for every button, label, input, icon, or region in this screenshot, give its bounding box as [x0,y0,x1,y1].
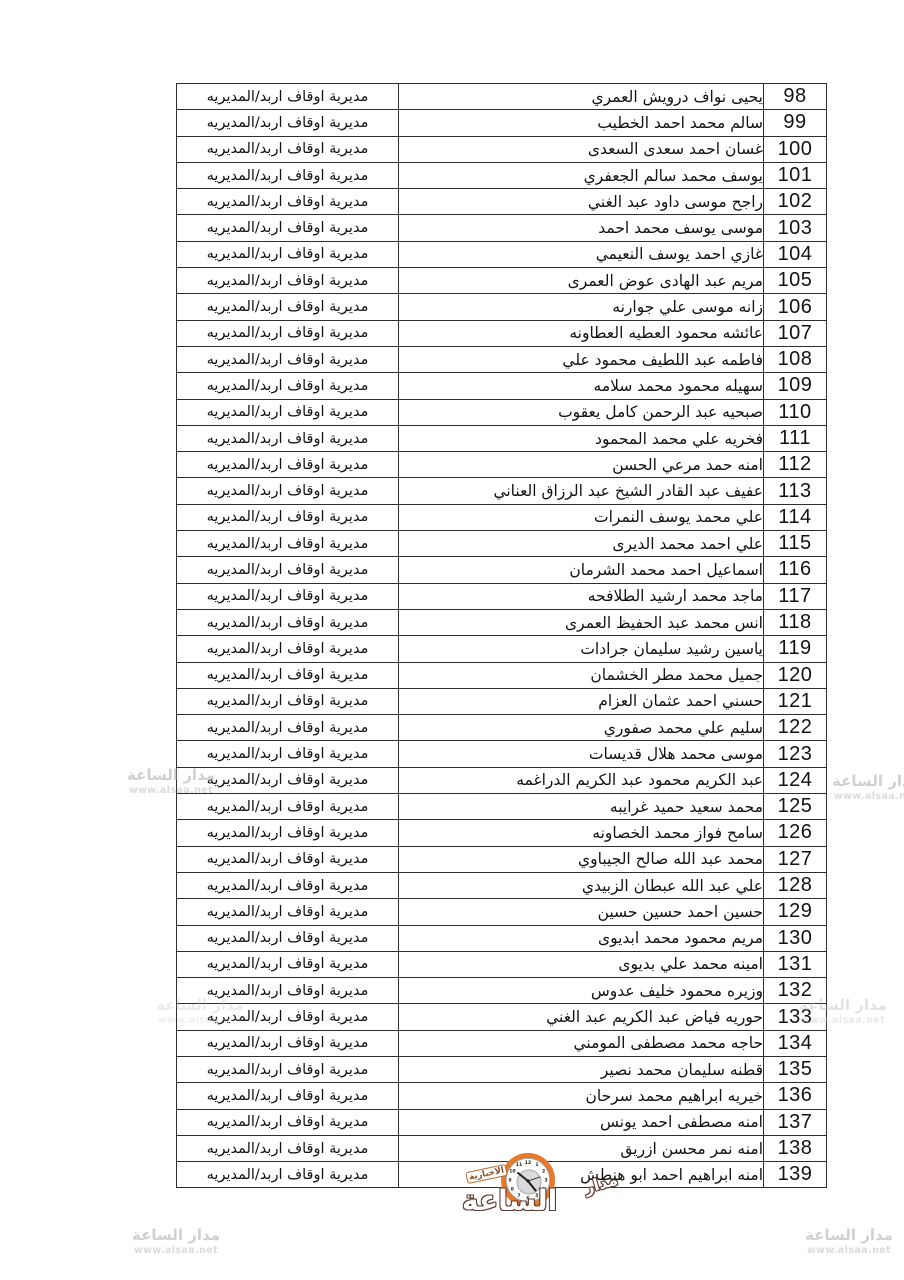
row-number: 110 [764,399,827,425]
row-number: 111 [764,425,827,451]
row-number: 115 [764,531,827,557]
table-row: 102راجح موسى داود عبد الغنيمديرية اوقاف … [177,189,827,215]
table-row: 128علي عبد الله عبطان الزبيديمديرية اوقا… [177,872,827,898]
directorate-cell: مديرية اوقاف اربد/المديريه [177,1004,399,1030]
table-row: 108فاطمه عبد اللطيف محمود عليمديرية اوقا… [177,346,827,372]
directorate-cell: مديرية اوقاف اربد/المديريه [177,872,399,898]
row-number: 98 [764,84,827,110]
directorate-cell: مديرية اوقاف اربد/المديريه [177,767,399,793]
table-row: 100غسان احمد سعدى السعدىمديرية اوقاف ارب… [177,136,827,162]
table-row: 136خيريه ابراهيم محمد سرحانمديرية اوقاف … [177,1083,827,1109]
watermark-site: مدار الساعة www.alsaa.net [122,1226,230,1257]
table-row: 115علي احمد محمد الديرىمديرية اوقاف اربد… [177,531,827,557]
row-number: 108 [764,346,827,372]
directorate-cell: مديرية اوقاف اربد/المديريه [177,1109,399,1135]
person-name: جميل محمد مطر الخشمان [399,662,764,688]
person-name: راجح موسى داود عبد الغني [399,189,764,215]
person-name: محمد عبد الله صالح الجيباوي [399,846,764,872]
directorate-cell: مديرية اوقاف اربد/المديريه [177,452,399,478]
directorate-cell: مديرية اوقاف اربد/المديريه [177,399,399,425]
row-number: 138 [764,1135,827,1161]
table-row: 129حسين احمد حسين حسينمديرية اوقاف اربد/… [177,899,827,925]
table-row: 99سالم محمد احمد الخطيبمديرية اوقاف اربد… [177,110,827,136]
table-row: 119ياسين رشيد سليمان جراداتمديرية اوقاف … [177,636,827,662]
table-row: 138امنه نمر محسن ازريقمديرية اوقاف اربد/… [177,1135,827,1161]
row-number: 121 [764,688,827,714]
person-name: موسى محمد هلال قديسات [399,741,764,767]
directorate-cell: مديرية اوقاف اربد/المديريه [177,557,399,583]
logo-word-alsaa: الساعة [462,1184,557,1217]
directorate-cell: مديرية اوقاف اربد/المديريه [177,1030,399,1056]
directorate-cell: مديرية اوقاف اربد/المديريه [177,609,399,635]
row-number: 118 [764,609,827,635]
table-row: 126سامح فواز محمد الخصاونهمديرية اوقاف ا… [177,820,827,846]
person-name: محمد سعيد حميد غرايبه [399,794,764,820]
directorate-cell: مديرية اوقاف اربد/المديريه [177,1162,399,1188]
table-row: 125محمد سعيد حميد غرايبهمديرية اوقاف ارب… [177,794,827,820]
row-number: 103 [764,215,827,241]
person-name: زانه موسى علي جوارنه [399,294,764,320]
table-row: 104غازي احمد يوسف النعيميمديرية اوقاف ار… [177,241,827,267]
directorate-cell: مديرية اوقاف اربد/المديريه [177,1135,399,1161]
person-name: اسماعيل احمد محمد الشرمان [399,557,764,583]
table-row: 127محمد عبد الله صالح الجيباويمديرية اوق… [177,846,827,872]
table-row: 131امينه محمد علي بديوىمديرية اوقاف اربد… [177,951,827,977]
directorate-cell: مديرية اوقاف اربد/المديريه [177,162,399,188]
row-number: 135 [764,1056,827,1082]
row-number: 105 [764,268,827,294]
watermark-site-url: www.alsaa.net [816,791,904,803]
person-name: علي احمد محمد الديرى [399,531,764,557]
table-row: 111فخريه علي محمد المحمودمديرية اوقاف ار… [177,425,827,451]
person-name: حوريه فياض عبد الكريم عبد الغني [399,1004,764,1030]
person-name: سهيله محمود محمد سلامه [399,373,764,399]
person-name: سامح فواز محمد الخصاونه [399,820,764,846]
table-row: 98يحيى نواف درويش العمريمديرية اوقاف ارب… [177,84,827,110]
directorate-cell: مديرية اوقاف اربد/المديريه [177,320,399,346]
table-row: 137امنه مصطفى احمد يونسمديرية اوقاف اربد… [177,1109,827,1135]
table-row: 135قطنه سليمان محمد نصيرمديرية اوقاف ارب… [177,1056,827,1082]
watermark-site-name: مدار الساعة [816,772,904,791]
table-row: 130مريم محمود محمد ابديوىمديرية اوقاف ار… [177,925,827,951]
table-row: 133حوريه فياض عبد الكريم عبد الغنيمديرية… [177,1004,827,1030]
row-number: 119 [764,636,827,662]
row-number: 123 [764,741,827,767]
person-name: علي عبد الله عبطان الزبيدي [399,872,764,898]
directorate-cell: مديرية اوقاف اربد/المديريه [177,925,399,951]
person-name: يوسف محمد سالم الجعفري [399,162,764,188]
table-row: 101يوسف محمد سالم الجعفريمديرية اوقاف ار… [177,162,827,188]
row-number: 122 [764,715,827,741]
person-name: عائشه محمود العطيه العطاونه [399,320,764,346]
row-number: 116 [764,557,827,583]
row-number: 139 [764,1162,827,1188]
row-number: 107 [764,320,827,346]
person-name: غسان احمد سعدى السعدى [399,136,764,162]
table-row: 110صبحيه عبد الرحمن كامل يعقوبمديرية اوق… [177,399,827,425]
person-name: قطنه سليمان محمد نصير [399,1056,764,1082]
person-name: عبد الكريم محمود عبد الكريم الدراغمه [399,767,764,793]
person-name: امينه محمد علي بديوى [399,951,764,977]
row-number: 124 [764,767,827,793]
row-number: 125 [764,794,827,820]
directorate-cell: مديرية اوقاف اربد/المديريه [177,1056,399,1082]
person-name: سليم علي محمد صفوري [399,715,764,741]
svg-text:7: 7 [517,1193,520,1199]
person-name: امنه مصطفى احمد يونس [399,1109,764,1135]
person-name: امنه ابراهيم احمد ابو هنطش [399,1162,764,1188]
table-row: 124عبد الكريم محمود عبد الكريم الدراغمهم… [177,767,827,793]
table-row: 117ماجد محمد ارشيد الطلافحهمديرية اوقاف … [177,583,827,609]
watermark-site: مدار الساعة www.alsaa.net [790,1226,904,1257]
person-name: مريم عبد الهادى عوض العمرى [399,268,764,294]
person-name: غازي احمد يوسف النعيمي [399,241,764,267]
person-name: ماجد محمد ارشيد الطلافحه [399,583,764,609]
watermark-site-url: www.alsaa.net [790,1245,904,1257]
table-row: 134حاجه محمد مصطفى المومنيمديرية اوقاف ا… [177,1030,827,1056]
person-name: وزيره محمود خليف عدوس [399,978,764,1004]
table-row: 109سهيله محمود محمد سلامهمديرية اوقاف ار… [177,373,827,399]
awqaf-roster-table: 98يحيى نواف درويش العمريمديرية اوقاف ارب… [176,83,827,1188]
row-number: 126 [764,820,827,846]
directorate-cell: مديرية اوقاف اربد/المديريه [177,425,399,451]
table-row: 132وزيره محمود خليف عدوسمديرية اوقاف ارب… [177,978,827,1004]
watermark-site-url: www.alsaa.net [122,1245,230,1257]
person-name: ياسين رشيد سليمان جرادات [399,636,764,662]
row-number: 132 [764,978,827,1004]
directorate-cell: مديرية اوقاف اربد/المديريه [177,662,399,688]
person-name: يحيى نواف درويش العمري [399,84,764,110]
row-number: 117 [764,583,827,609]
person-name: موسى يوسف محمد احمد [399,215,764,241]
directorate-cell: مديرية اوقاف اربد/المديريه [177,820,399,846]
row-number: 113 [764,478,827,504]
row-number: 112 [764,452,827,478]
row-number: 100 [764,136,827,162]
person-name: حسني احمد عثمان العزام [399,688,764,714]
directorate-cell: مديرية اوقاف اربد/المديريه [177,636,399,662]
row-number: 129 [764,899,827,925]
directorate-cell: مديرية اوقاف اربد/المديريه [177,715,399,741]
directorate-cell: مديرية اوقاف اربد/المديريه [177,583,399,609]
row-number: 128 [764,872,827,898]
directorate-cell: مديرية اوقاف اربد/المديريه [177,978,399,1004]
directorate-cell: مديرية اوقاف اربد/المديريه [177,688,399,714]
row-number: 104 [764,241,827,267]
person-name: فخريه علي محمد المحمود [399,425,764,451]
row-number: 127 [764,846,827,872]
watermark-site: مدار الساعة www.alsaa.net [816,772,904,803]
table-row: 105مريم عبد الهادى عوض العمرىمديرية اوقا… [177,268,827,294]
document-page: مدار الساعة www.alsaa.net مدار الساعة ww… [0,0,904,1280]
directorate-cell: مديرية اوقاف اربد/المديريه [177,241,399,267]
table-row: 116اسماعيل احمد محمد الشرمانمديرية اوقاف… [177,557,827,583]
directorate-cell: مديرية اوقاف اربد/المديريه [177,899,399,925]
row-number: 133 [764,1004,827,1030]
directorate-cell: مديرية اوقاف اربد/المديريه [177,951,399,977]
directorate-cell: مديرية اوقاف اربد/المديريه [177,373,399,399]
table-row: 123موسى محمد هلال قديساتمديرية اوقاف ارب… [177,741,827,767]
person-name: حسين احمد حسين حسين [399,899,764,925]
directorate-cell: مديرية اوقاف اربد/المديريه [177,268,399,294]
roster-table-body: 98يحيى نواف درويش العمريمديرية اوقاف ارب… [177,84,827,1188]
table-row: 139امنه ابراهيم احمد ابو هنطشمديرية اوقا… [177,1162,827,1188]
row-number: 136 [764,1083,827,1109]
row-number: 130 [764,925,827,951]
watermark-site-name: مدار الساعة [790,1226,904,1245]
table-row: 112امنه حمد مرعي الحسنمديرية اوقاف اربد/… [177,452,827,478]
directorate-cell: مديرية اوقاف اربد/المديريه [177,346,399,372]
directorate-cell: مديرية اوقاف اربد/المديريه [177,478,399,504]
directorate-cell: مديرية اوقاف اربد/المديريه [177,846,399,872]
table-row: 106زانه موسى علي جوارنهمديرية اوقاف اربد… [177,294,827,320]
table-row: 122سليم علي محمد صفوريمديرية اوقاف اربد/… [177,715,827,741]
person-name: صبحيه عبد الرحمن كامل يعقوب [399,399,764,425]
row-number: 131 [764,951,827,977]
row-number: 114 [764,504,827,530]
table-row: 114علي محمد يوسف النمراتمديرية اوقاف ارب… [177,504,827,530]
directorate-cell: مديرية اوقاف اربد/المديريه [177,1083,399,1109]
directorate-cell: مديرية اوقاف اربد/المديريه [177,531,399,557]
person-name: حاجه محمد مصطفى المومني [399,1030,764,1056]
table-row: 113عفيف عبد القادر الشيخ عبد الرزاق العن… [177,478,827,504]
row-number: 137 [764,1109,827,1135]
person-name: خيريه ابراهيم محمد سرحان [399,1083,764,1109]
directorate-cell: مديرية اوقاف اربد/المديريه [177,189,399,215]
directorate-cell: مديرية اوقاف اربد/المديريه [177,504,399,530]
directorate-cell: مديرية اوقاف اربد/المديريه [177,84,399,110]
table-row: 118انس محمد عبد الحفيظ العمرىمديرية اوقا… [177,609,827,635]
person-name: علي محمد يوسف النمرات [399,504,764,530]
directorate-cell: مديرية اوقاف اربد/المديريه [177,741,399,767]
table-row: 121حسني احمد عثمان العزاممديرية اوقاف ار… [177,688,827,714]
row-number: 120 [764,662,827,688]
row-number: 101 [764,162,827,188]
svg-text:5: 5 [535,1193,538,1199]
table-row: 107عائشه محمود العطيه العطاونهمديرية اوق… [177,320,827,346]
person-name: فاطمه عبد اللطيف محمود علي [399,346,764,372]
directorate-cell: مديرية اوقاف اربد/المديريه [177,794,399,820]
directorate-cell: مديرية اوقاف اربد/المديريه [177,215,399,241]
watermark-site-name: مدار الساعة [122,1226,230,1245]
row-number: 106 [764,294,827,320]
row-number: 99 [764,110,827,136]
person-name: امنه حمد مرعي الحسن [399,452,764,478]
person-name: انس محمد عبد الحفيظ العمرى [399,609,764,635]
svg-text:6: 6 [526,1196,529,1202]
row-number: 109 [764,373,827,399]
row-number: 102 [764,189,827,215]
person-name: مريم محمود محمد ابديوى [399,925,764,951]
directorate-cell: مديرية اوقاف اربد/المديريه [177,136,399,162]
person-name: امنه نمر محسن ازريق [399,1135,764,1161]
directorate-cell: مديرية اوقاف اربد/المديريه [177,294,399,320]
table-row: 120جميل محمد مطر الخشمانمديرية اوقاف ارب… [177,662,827,688]
directorate-cell: مديرية اوقاف اربد/المديريه [177,110,399,136]
row-number: 134 [764,1030,827,1056]
table-row: 103موسى يوسف محمد احمدمديرية اوقاف اربد/… [177,215,827,241]
person-name: سالم محمد احمد الخطيب [399,110,764,136]
person-name: عفيف عبد القادر الشيخ عبد الرزاق العناني [399,478,764,504]
